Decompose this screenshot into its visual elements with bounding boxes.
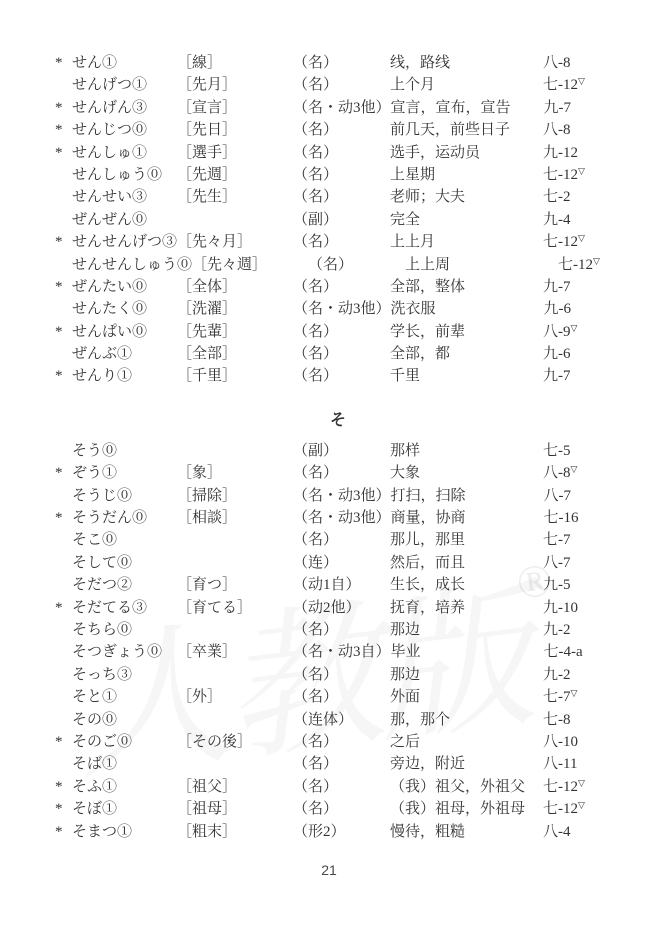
star-marker (55, 186, 72, 208)
section-so-rows: そう⓪ （副） 那样 七-5 * ぞう① ［象］ （名） 大象 八-8▽ そうじ… (55, 440, 621, 843)
star-marker: * (55, 276, 72, 298)
word-kana: そだてる③ (72, 597, 177, 619)
vocab-row: そう⓪ （副） 那样 七-5 (55, 440, 621, 462)
lesson-number: 七-16 (544, 510, 579, 526)
meaning-chinese: 选手，运动员 (390, 142, 543, 164)
vocab-row: そこ⓪ （名） 那儿，那里 七-7 (55, 529, 621, 551)
star-marker (55, 709, 72, 731)
star-marker: * (55, 462, 72, 484)
vocab-row: そつぎょう⓪ ［卒業］ （名・动3自） 毕业 七-4-a (55, 641, 621, 663)
meaning-chinese: 那儿，那里 (390, 529, 543, 551)
meaning-chinese: 前几天，前些日子 (390, 119, 543, 141)
lesson-ref: 九-10 (543, 597, 621, 619)
vocab-row: せんげつ① ［先月］ （名） 上个月 七-12▽ (55, 74, 621, 96)
word-kanji: ［育てる］ (177, 597, 293, 619)
word-kana: せんせい③ (72, 186, 177, 208)
lesson-number: 七-7 (543, 532, 571, 548)
lesson-ref: 七-4-a (544, 641, 621, 663)
part-of-speech: （名） (293, 343, 390, 365)
lesson-ref: 八-8▽ (543, 462, 621, 484)
lesson-ref: 七-7 (543, 529, 621, 551)
part-of-speech: （动1自） (293, 574, 390, 596)
part-of-speech: （名・动3自） (293, 641, 391, 663)
star-marker (55, 440, 72, 462)
part-of-speech: （名） (293, 619, 390, 641)
lesson-number: 七-12 (543, 77, 578, 93)
review-triangle-mark: ▽ (578, 160, 585, 182)
lesson-ref: 七-7▽ (543, 686, 621, 708)
part-of-speech: （名） (293, 365, 390, 387)
vocab-row: * そぼ① ［祖母］ （名） （我）祖母，外祖母 七-12▽ (55, 798, 621, 820)
vocab-row: * ぞう① ［象］ （名） 大象 八-8▽ (55, 462, 621, 484)
word-kanji: ［卒業］ (177, 641, 293, 663)
part-of-speech: （连体） (293, 709, 390, 731)
word-kanji: ［選手］ (177, 142, 293, 164)
lesson-ref: 八-7 (544, 485, 621, 507)
star-marker (55, 664, 72, 686)
meaning-chinese: 那，那个 (390, 709, 543, 731)
word-kana: せんたく⓪ (72, 298, 177, 320)
part-of-speech: （名・动3他） (293, 485, 391, 507)
word-kanji: ［育つ］ (177, 574, 293, 596)
star-marker: * (55, 507, 72, 529)
meaning-chinese: 线，路线 (390, 52, 543, 74)
vocab-row: せんせい③ ［先生］ （名） 老师；大夫 七-2 (55, 186, 621, 208)
word-kanji: ［先生］ (177, 186, 293, 208)
vocab-row: せんせんしゅう⓪ ［先々週］ （名） 上上周 七-12▽ (55, 254, 621, 276)
lesson-ref: 九-2 (543, 664, 621, 686)
star-marker: * (55, 231, 72, 253)
meaning-chinese: 那边 (390, 619, 543, 641)
star-marker (55, 753, 72, 775)
lesson-number: 九-7 (543, 368, 571, 384)
word-kana: そふ① (72, 776, 177, 798)
lesson-ref: 七-2 (543, 186, 621, 208)
lesson-ref: 八-7 (543, 552, 621, 574)
lesson-number: 七-2 (543, 189, 571, 205)
word-kana: せんしゅう⓪ (72, 164, 177, 186)
word-kanji (177, 709, 293, 731)
vocab-row: ぜんぶ① ［全部］ （名） 全部，都 九-6 (55, 343, 621, 365)
word-kana: せんせんしゅう⓪ (72, 254, 192, 276)
review-triangle-mark: ▽ (593, 250, 600, 272)
part-of-speech: （名） (293, 231, 390, 253)
vocab-row: * せんぱい⓪ ［先輩］ （名） 学长，前辈 八-9▽ (55, 321, 621, 343)
lesson-number: 九-12 (543, 145, 578, 161)
word-kana: そして⓪ (72, 552, 177, 574)
vocab-row: そして⓪ （连） 然后，而且 八-7 (55, 552, 621, 574)
lesson-number: 八-10 (543, 734, 578, 750)
word-kana: そつぎょう⓪ (72, 641, 177, 663)
lesson-number: 七-5 (543, 443, 571, 459)
word-kana: そうじ⓪ (72, 485, 177, 507)
word-kana: せんぱい⓪ (72, 321, 177, 343)
meaning-chinese: 那样 (390, 440, 543, 462)
lesson-number: 九-2 (543, 622, 571, 638)
word-kanji (177, 753, 293, 775)
part-of-speech: （副） (293, 440, 390, 462)
word-kana: そと① (72, 686, 177, 708)
lesson-number: 七-4-a (544, 644, 583, 660)
meaning-chinese: 抚育，培养 (390, 597, 543, 619)
meaning-chinese: （我）祖母，外祖母 (390, 798, 543, 820)
part-of-speech: （名・动3他） (293, 507, 391, 529)
word-kanji: ［先日］ (177, 119, 293, 141)
word-kanji: ［線］ (177, 52, 293, 74)
meaning-chinese: 上个月 (390, 74, 543, 96)
word-kanji (177, 552, 293, 574)
vocab-row: そちら⓪ （名） 那边 九-2 (55, 619, 621, 641)
word-kana: ぞう① (72, 462, 177, 484)
lesson-number: 七-8 (543, 712, 571, 728)
part-of-speech: （名） (293, 52, 390, 74)
word-kanji: ［先輩］ (177, 321, 293, 343)
word-kana: そば① (72, 753, 177, 775)
lesson-ref: 七-12▽ (543, 74, 621, 96)
lesson-number: 八-11 (543, 756, 577, 772)
word-kana: せん① (72, 52, 177, 74)
part-of-speech: （名） (293, 276, 390, 298)
vocab-row: * そふ① ［祖父］ （名） （我）祖父，外祖父 七-12▽ (55, 776, 621, 798)
word-kana: そう⓪ (72, 440, 177, 462)
lesson-number: 九-6 (544, 301, 572, 317)
lesson-number: 八-7 (544, 488, 572, 504)
meaning-chinese: 慢待，粗糙 (390, 821, 543, 843)
word-kanji: ［全体］ (177, 276, 293, 298)
star-marker (55, 552, 72, 574)
review-triangle-mark: ▽ (571, 317, 578, 339)
word-kana: せんげつ① (72, 74, 177, 96)
vocab-row: * せんせんげつ③ ［先々月］ （名） 上上月 七-12▽ (55, 231, 621, 253)
vocab-row: そだつ② ［育つ］ （动1自） 生长，成长 九-5 (55, 574, 621, 596)
meaning-chinese: 打扫，扫除 (391, 485, 544, 507)
lesson-number: 七-12 (558, 257, 593, 273)
lesson-number: 九-4 (543, 212, 571, 228)
lesson-ref: 九-5 (543, 574, 621, 596)
word-kana: せんせんげつ③ (72, 231, 177, 253)
part-of-speech: （名） (293, 186, 390, 208)
star-marker (55, 209, 72, 231)
vocab-row: * せんしゅ① ［選手］ （名） 选手，运动员 九-12 (55, 142, 621, 164)
word-kanji: ［宣言］ (177, 97, 293, 119)
vocab-row: * そだてる③ ［育てる］ （动2他） 抚育，培养 九-10 (55, 597, 621, 619)
meaning-chinese: 那边 (390, 664, 543, 686)
part-of-speech: （连） (293, 552, 390, 574)
meaning-chinese: 商量，协商 (391, 507, 544, 529)
review-triangle-mark: ▽ (578, 772, 585, 794)
word-kana: そこ⓪ (72, 529, 177, 551)
star-marker: * (55, 731, 72, 753)
vocab-row: そっち③ （名） 那边 九-2 (55, 664, 621, 686)
word-kanji: ［先々月］ (177, 231, 293, 253)
meaning-chinese: 毕业 (391, 641, 544, 663)
star-marker: * (55, 119, 72, 141)
lesson-number: 八-8 (543, 55, 571, 71)
meaning-chinese: 上星期 (390, 164, 543, 186)
review-triangle-mark: ▽ (578, 70, 585, 92)
meaning-chinese: 完全 (390, 209, 543, 231)
star-marker: * (55, 821, 72, 843)
star-marker: * (55, 97, 72, 119)
lesson-number: 八-4 (543, 824, 571, 840)
meaning-chinese: 全部，都 (390, 343, 543, 365)
part-of-speech: （名） (293, 731, 390, 753)
word-kana: そまつ① (72, 821, 177, 843)
vocab-row: そうじ⓪ ［掃除］ （名・动3他） 打扫，扫除 八-7 (55, 485, 621, 507)
part-of-speech: （动2他） (293, 597, 390, 619)
word-kana: そうだん⓪ (72, 507, 177, 529)
lesson-ref: 七-12▽ (558, 254, 621, 276)
lesson-number: 七-7 (543, 689, 571, 705)
lesson-ref: 九-7 (543, 276, 621, 298)
part-of-speech: （名） (293, 686, 390, 708)
word-kana: せんじつ⓪ (72, 119, 177, 141)
part-of-speech: （名） (308, 254, 405, 276)
word-kanji: ［洗濯］ (177, 298, 293, 320)
meaning-chinese: 然后，而且 (390, 552, 543, 574)
part-of-speech: （形2） (293, 821, 390, 843)
lesson-ref: 九-7 (543, 365, 621, 387)
lesson-ref: 八-9▽ (543, 321, 621, 343)
lesson-number: 八-8 (543, 465, 571, 481)
review-triangle-mark: ▽ (578, 227, 585, 249)
meaning-chinese: 大象 (390, 462, 543, 484)
lesson-number: 七-12 (543, 234, 578, 250)
word-kana: そのご⓪ (72, 731, 177, 753)
part-of-speech: （名） (293, 664, 390, 686)
meaning-chinese: 生长，成长 (390, 574, 543, 596)
meaning-chinese: 宣言，宣布，宣告 (391, 97, 544, 119)
lesson-ref: 八-8 (543, 119, 621, 141)
word-kanji (177, 440, 293, 462)
lesson-ref: 九-7 (544, 97, 621, 119)
star-marker (55, 641, 72, 663)
star-marker (55, 686, 72, 708)
meaning-chinese: 洗衣服 (391, 298, 544, 320)
vocabulary-book-page: 人教版® * せん① ［線］ （名） 线，路线 八-8 せんげつ① ［先月］ （… (0, 0, 658, 926)
vocab-row: * そうだん⓪ ［相談］ （名・动3他） 商量，协商 七-16 (55, 507, 621, 529)
star-marker: * (55, 321, 72, 343)
star-marker: * (55, 142, 72, 164)
vocab-row: * せんじつ⓪ ［先日］ （名） 前几天，前些日子 八-8 (55, 119, 621, 141)
star-marker (55, 619, 72, 641)
star-marker (55, 74, 72, 96)
vocab-row: * そのご⓪ ［その後］ （名） 之后 八-10 (55, 731, 621, 753)
vocab-row: その⓪ （连体） 那，那个 七-8 (55, 709, 621, 731)
word-kanji (177, 209, 293, 231)
lesson-number: 八-8 (543, 122, 571, 138)
lesson-ref: 七-8 (543, 709, 621, 731)
star-marker (55, 529, 72, 551)
vocab-row: せんしゅう⓪ ［先週］ （名） 上星期 七-12▽ (55, 164, 621, 186)
meaning-chinese: 老师；大夫 (390, 186, 543, 208)
lesson-number: 七-12 (543, 779, 578, 795)
word-kana: せんり① (72, 365, 177, 387)
word-kana: その⓪ (72, 709, 177, 731)
lesson-number: 八-9 (543, 324, 571, 340)
review-triangle-mark: ▽ (578, 794, 585, 816)
star-marker (55, 343, 72, 365)
meaning-chinese: 学长，前辈 (390, 321, 543, 343)
section-header-so: そ (55, 410, 621, 432)
word-kanji: ［先月］ (177, 74, 293, 96)
word-kana: そぼ① (72, 798, 177, 820)
part-of-speech: （名） (293, 776, 390, 798)
meaning-chinese: （我）祖父，外祖父 (390, 776, 543, 798)
word-kanji: ［先々週］ (192, 254, 308, 276)
vocab-row: * せんり① ［千里］ （名） 千里 九-7 (55, 365, 621, 387)
meaning-chinese: 上上周 (405, 254, 558, 276)
meaning-chinese: 外面 (390, 686, 543, 708)
word-kana: そっち③ (72, 664, 177, 686)
vocabulary-list: * せん① ［線］ （名） 线，路线 八-8 せんげつ① ［先月］ （名） 上个… (55, 52, 621, 843)
review-triangle-mark: ▽ (571, 682, 578, 704)
meaning-chinese: 旁边，附近 (390, 753, 543, 775)
meaning-chinese: 上上月 (390, 231, 543, 253)
star-marker (55, 485, 72, 507)
part-of-speech: （名・动3他） (293, 298, 391, 320)
part-of-speech: （名） (293, 753, 390, 775)
meaning-chinese: 全部，整体 (390, 276, 543, 298)
word-kanji: ［全部］ (177, 343, 293, 365)
vocab-row: * せん① ［線］ （名） 线，路线 八-8 (55, 52, 621, 74)
word-kana: ぜんぜん⓪ (72, 209, 177, 231)
part-of-speech: （名） (293, 798, 390, 820)
lesson-ref: 八-4 (543, 821, 621, 843)
word-kana: せんげん③ (72, 97, 177, 119)
word-kanji (177, 664, 293, 686)
part-of-speech: （名） (293, 74, 390, 96)
word-kanji: ［千里］ (177, 365, 293, 387)
star-marker (55, 254, 72, 276)
star-marker: * (55, 798, 72, 820)
part-of-speech: （名） (293, 321, 390, 343)
star-marker: * (55, 365, 72, 387)
section-se-rows: * せん① ［線］ （名） 线，路线 八-8 せんげつ① ［先月］ （名） 上个… (55, 52, 621, 388)
lesson-ref: 九-6 (544, 298, 621, 320)
meaning-chinese: 之后 (390, 731, 543, 753)
review-triangle-mark: ▽ (571, 458, 578, 480)
star-marker: * (55, 597, 72, 619)
part-of-speech: （名） (293, 462, 390, 484)
part-of-speech: （名） (293, 142, 390, 164)
word-kanji (177, 529, 293, 551)
part-of-speech: （副） (293, 209, 390, 231)
vocab-row: * せんげん③ ［宣言］ （名・动3他） 宣言，宣布，宣告 九-7 (55, 97, 621, 119)
word-kanji: ［祖母］ (177, 798, 293, 820)
word-kanji: ［その後］ (177, 731, 293, 753)
lesson-number: 九-7 (543, 279, 571, 295)
page-number: 21 (0, 862, 658, 878)
part-of-speech: （名・动3他） (293, 97, 391, 119)
word-kanji: ［祖父］ (177, 776, 293, 798)
lesson-ref: 七-16 (544, 507, 621, 529)
lesson-number: 七-12 (543, 801, 578, 817)
word-kanji: ［掃除］ (177, 485, 293, 507)
star-marker (55, 298, 72, 320)
word-kanji (177, 619, 293, 641)
star-marker (55, 574, 72, 596)
star-marker: * (55, 52, 72, 74)
lesson-number: 九-5 (543, 577, 571, 593)
lesson-number: 九-10 (543, 600, 578, 616)
lesson-number: 九-7 (544, 100, 572, 116)
star-marker: * (55, 776, 72, 798)
word-kana: ぜんぶ① (72, 343, 177, 365)
lesson-ref: 七-12▽ (543, 164, 621, 186)
part-of-speech: （名） (293, 164, 390, 186)
lesson-number: 八-7 (543, 555, 571, 571)
vocab-row: * ぜんたい⓪ ［全体］ （名） 全部，整体 九-7 (55, 276, 621, 298)
lesson-ref: 七-12▽ (543, 231, 621, 253)
word-kana: ぜんたい⓪ (72, 276, 177, 298)
vocab-row: ぜんぜん⓪ （副） 完全 九-4 (55, 209, 621, 231)
lesson-number: 七-12 (543, 167, 578, 183)
lesson-number: 九-6 (543, 346, 571, 362)
word-kanji: ［相談］ (177, 507, 293, 529)
star-marker (55, 164, 72, 186)
meaning-chinese: 千里 (390, 365, 543, 387)
word-kanji: ［粗末］ (177, 821, 293, 843)
word-kanji: ［外］ (177, 686, 293, 708)
word-kanji: ［先週］ (177, 164, 293, 186)
vocab-row: そと① ［外］ （名） 外面 七-7▽ (55, 686, 621, 708)
vocab-row: そば① （名） 旁边，附近 八-11 (55, 753, 621, 775)
word-kanji: ［象］ (177, 462, 293, 484)
word-kana: そだつ② (72, 574, 177, 596)
lesson-number: 九-2 (543, 667, 571, 683)
vocab-row: * そまつ① ［粗末］ （形2） 慢待，粗糙 八-4 (55, 821, 621, 843)
lesson-ref: 七-5 (543, 440, 621, 462)
part-of-speech: （名） (293, 529, 390, 551)
vocab-row: せんたく⓪ ［洗濯］ （名・动3他） 洗衣服 九-6 (55, 298, 621, 320)
part-of-speech: （名） (293, 119, 390, 141)
word-kana: せんしゅ① (72, 142, 177, 164)
lesson-ref: 七-12▽ (543, 798, 621, 820)
lesson-ref: 九-2 (543, 619, 621, 641)
lesson-ref: 八-10 (543, 731, 621, 753)
word-kana: そちら⓪ (72, 619, 177, 641)
lesson-ref: 九-6 (543, 343, 621, 365)
